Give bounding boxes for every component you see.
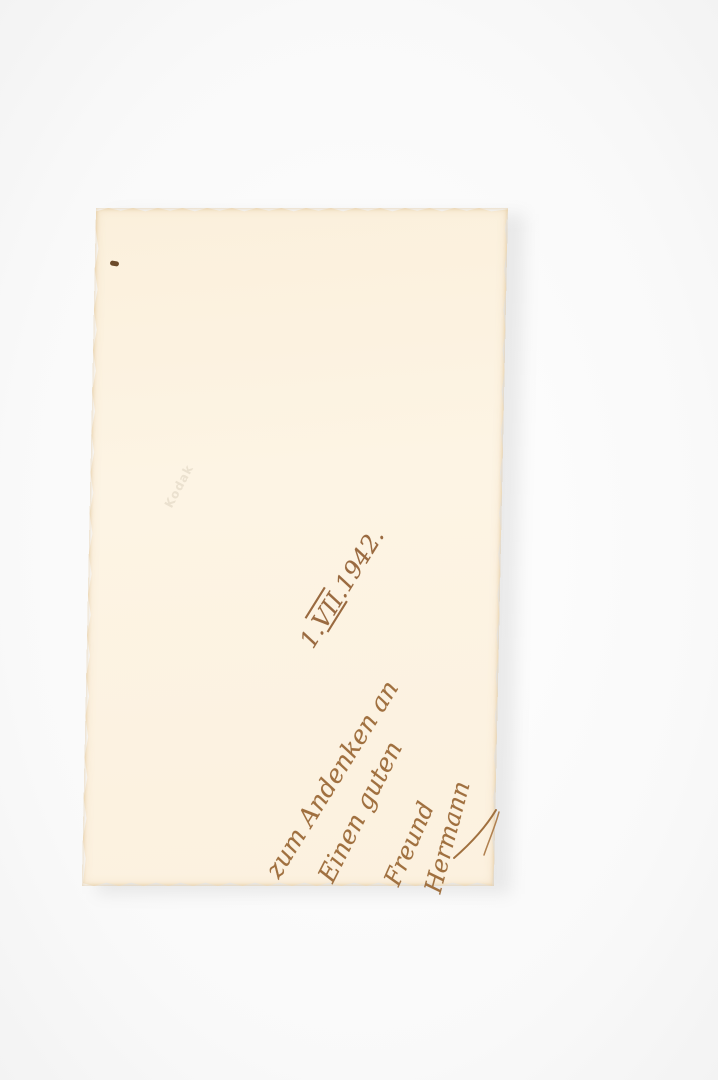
- signature-flourish: [444, 800, 524, 860]
- postcard-back: [82, 208, 508, 886]
